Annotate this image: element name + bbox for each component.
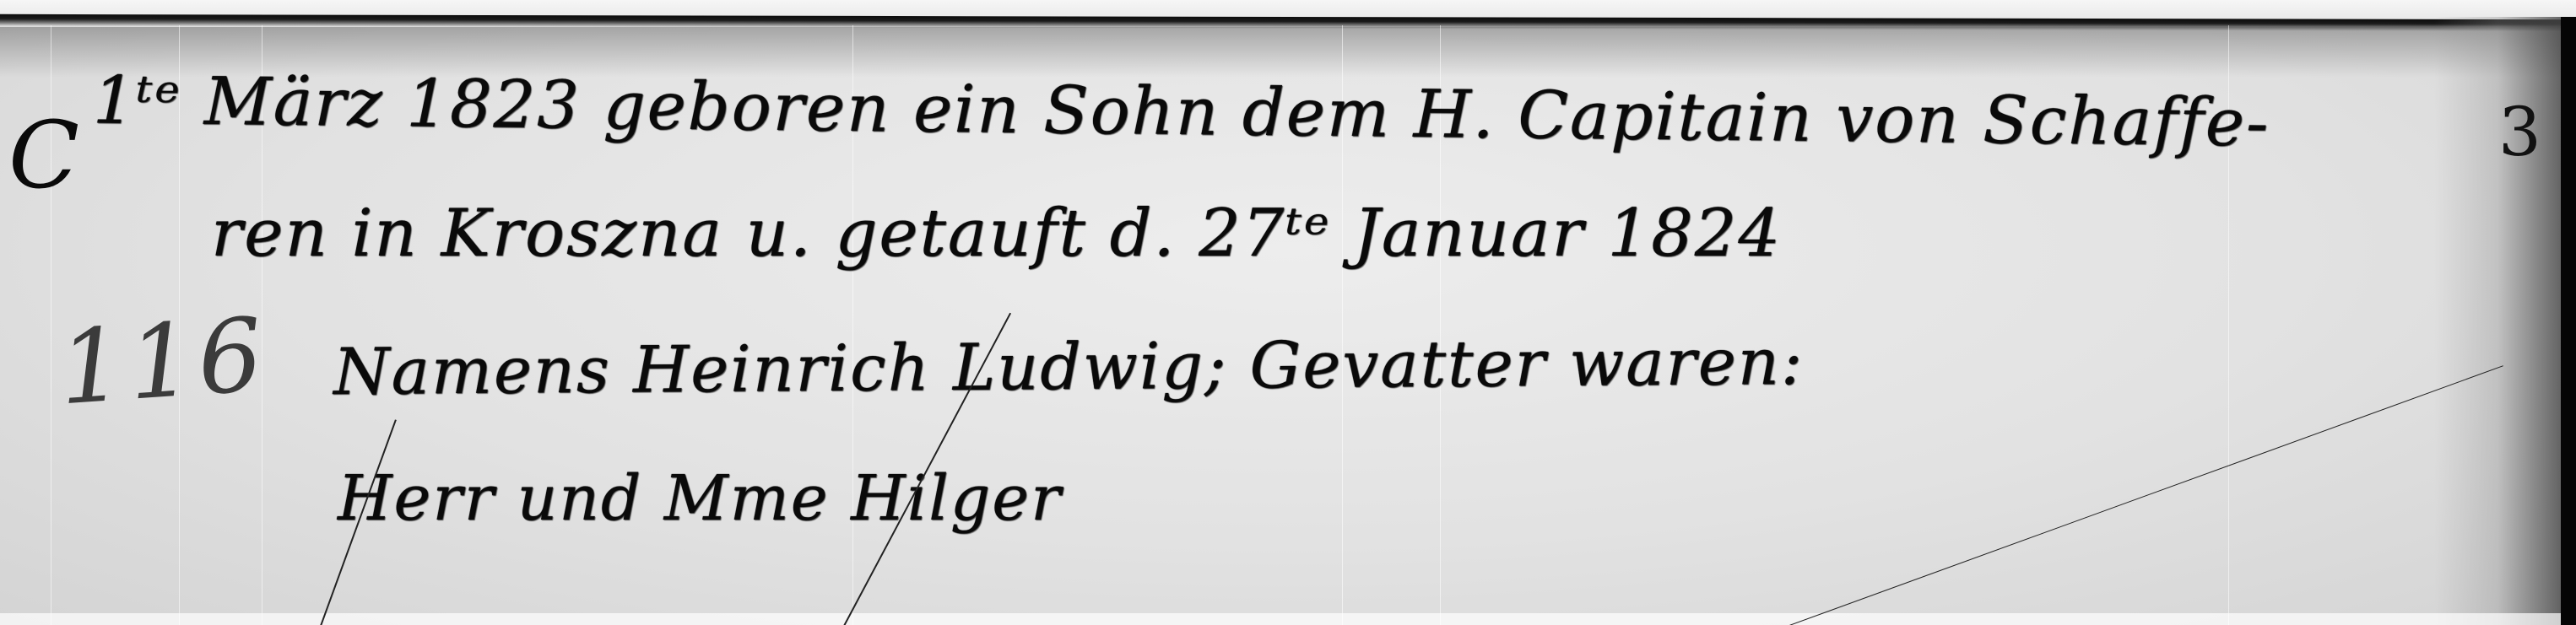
document-scan: C 3 116 1ᵗᵉ März 1823 geboren ein Sohn d… — [0, 0, 2576, 625]
entry-line-2: ren in Kroszna u. getauft d. 27ᵗᵉ Januar… — [211, 196, 1782, 272]
entry-line-4: Herr und Mme Hilger — [338, 462, 1062, 535]
diagonal-pen-stroke — [1789, 365, 2503, 625]
scan-bottom-margin — [0, 613, 2561, 625]
page-right-edge — [2561, 17, 2576, 625]
entry-line-1: 1ᵗᵉ März 1823 geboren ein Sohn dem H. Ca… — [93, 62, 2270, 161]
right-margin-mark: 3 — [2498, 93, 2541, 171]
entry-number: 116 — [55, 297, 271, 428]
page-right-shadow — [2434, 17, 2561, 625]
margin-mark: C — [8, 101, 79, 209]
entry-line-3: Namens Heinrich Ludwig; Gevatter waren: — [333, 324, 1805, 409]
